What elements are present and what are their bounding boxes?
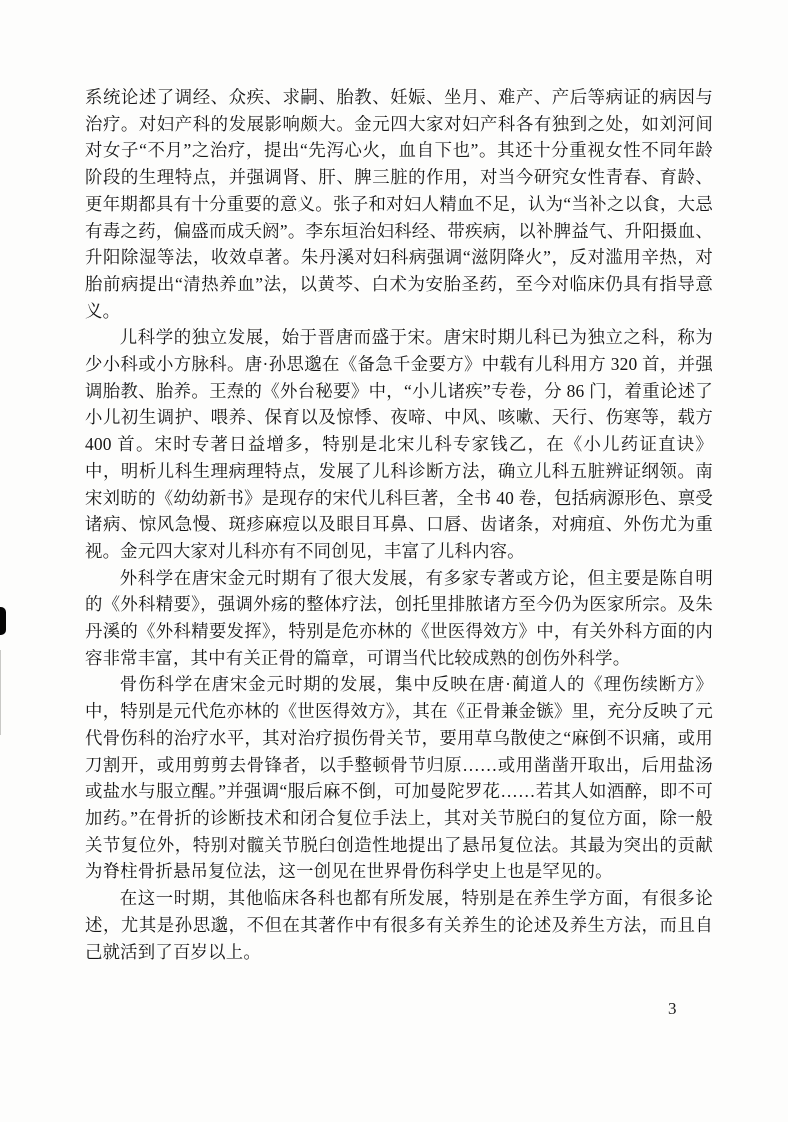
paragraph-surgery: 外科学在唐宋金元时期有了很大发展，有多家专著或方论，但主要是陈自明的《外科精要》… (85, 565, 713, 672)
scanned-book-page: 系统论述了调经、众疾、求嗣、胎教、妊娠、坐月、难产、产后等病证的病因与治疗。对妇… (0, 0, 788, 1122)
scan-ink-mark-artifact (0, 607, 6, 635)
paragraph-osteology-traumatology: 骨伤科学在唐宋金元时期的发展，集中反映在唐·蔺道人的《理伤续断方》中，特别是元代… (85, 671, 713, 885)
scan-edge-line-artifact (0, 650, 1, 735)
body-text: 系统论述了调经、众疾、求嗣、胎教、妊娠、坐月、难产、产后等病证的病因与治疗。对妇… (85, 84, 713, 965)
paragraph-obstetrics-gynecology: 系统论述了调经、众疾、求嗣、胎教、妊娠、坐月、难产、产后等病证的病因与治疗。对妇… (85, 84, 713, 324)
paragraph-health-preservation: 在这一时期，其他临床各科也都有所发展，特别是在养生学方面，有很多论述，尤其是孙思… (85, 885, 713, 965)
page-number: 3 (668, 999, 677, 1019)
paragraph-pediatrics: 儿科学的独立发展，始于晋唐而盛于宋。唐宋时期儿科已为独立之科，称为少小科或小方脉… (85, 324, 713, 564)
